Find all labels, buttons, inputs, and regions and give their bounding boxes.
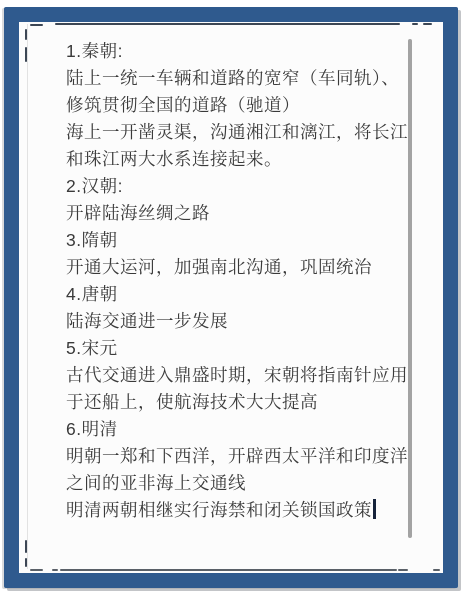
note-text-area[interactable]: 1.秦朝: 陆上一统一车辆和道路的宽窄（车同轨）、 修筑贯彻全国的道路（驰道） …: [66, 38, 408, 524]
text-line[interactable]: 6.明清: [66, 416, 408, 443]
cropped-text-edge-left: [25, 29, 27, 40]
text-caret: [373, 499, 376, 519]
cropped-text-edge-top: [423, 23, 432, 25]
text-line[interactable]: 4.唐朝: [66, 281, 408, 308]
text-line[interactable]: 海上一开凿灵渠，沟通湘江和漓江，将长江: [66, 119, 408, 146]
note-content: 1.秦朝: 陆上一统一车辆和道路的宽窄（车同轨）、 修筑贯彻全国的道路（驰道） …: [19, 22, 443, 573]
text-line[interactable]: 2.汉朝:: [66, 173, 408, 200]
text-line[interactable]: 明朝一郑和下西洋，开辟西太平洋和印度洋: [66, 443, 408, 470]
cropped-text-edge-bottom: [52, 569, 58, 571]
text-line[interactable]: 1.秦朝:: [66, 38, 408, 65]
text-line[interactable]: 之间的亚非海上交通线: [66, 470, 408, 497]
text-line[interactable]: 3.隋朝: [66, 227, 408, 254]
text-line[interactable]: 陆海交通进一步发展: [66, 308, 408, 335]
cropped-text-edge-bottom: [30, 569, 43, 571]
screenshot-frame: 1.秦朝: 陆上一统一车辆和道路的宽窄（车同轨）、 修筑贯彻全国的道路（驰道） …: [4, 7, 458, 588]
line-text: 明清两朝相继实行海禁和闭关锁国政策: [66, 500, 372, 520]
cropped-text-edge-bottom: [60, 569, 397, 571]
cropped-text-edge-top: [30, 24, 43, 26]
cropped-text-edge-bottom: [398, 569, 408, 571]
text-box-left-edge: [27, 24, 28, 569]
cropped-text-edge-left: [25, 47, 27, 62]
text-line[interactable]: 修筑贯彻全国的道路（驰道）: [66, 92, 408, 119]
cropped-text-edge-top: [55, 23, 400, 25]
text-line[interactable]: 开通大运河，加强南北沟通，巩固统治: [66, 254, 408, 281]
cropped-text-edge-top: [412, 23, 418, 25]
cropped-text-edge-left: [25, 540, 27, 553]
cropped-text-edge-bottom: [433, 569, 440, 571]
scrollbar-thumb[interactable]: [408, 39, 412, 538]
text-line[interactable]: 古代交通进入鼎盛时期，宋朝将指南针应用: [66, 362, 408, 389]
text-line[interactable]: 明清两朝相继实行海禁和闭关锁国政策: [66, 497, 408, 524]
text-line[interactable]: 5.宋元: [66, 335, 408, 362]
text-line[interactable]: 陆上一统一车辆和道路的宽窄（车同轨）、: [66, 65, 408, 92]
text-line[interactable]: 和珠江两大水系连接起来。: [66, 146, 408, 173]
text-line[interactable]: 于还船上，使航海技术大大提高: [66, 389, 408, 416]
cropped-text-edge-left: [25, 558, 27, 567]
text-line[interactable]: 开辟陆海丝绸之路: [66, 200, 408, 227]
